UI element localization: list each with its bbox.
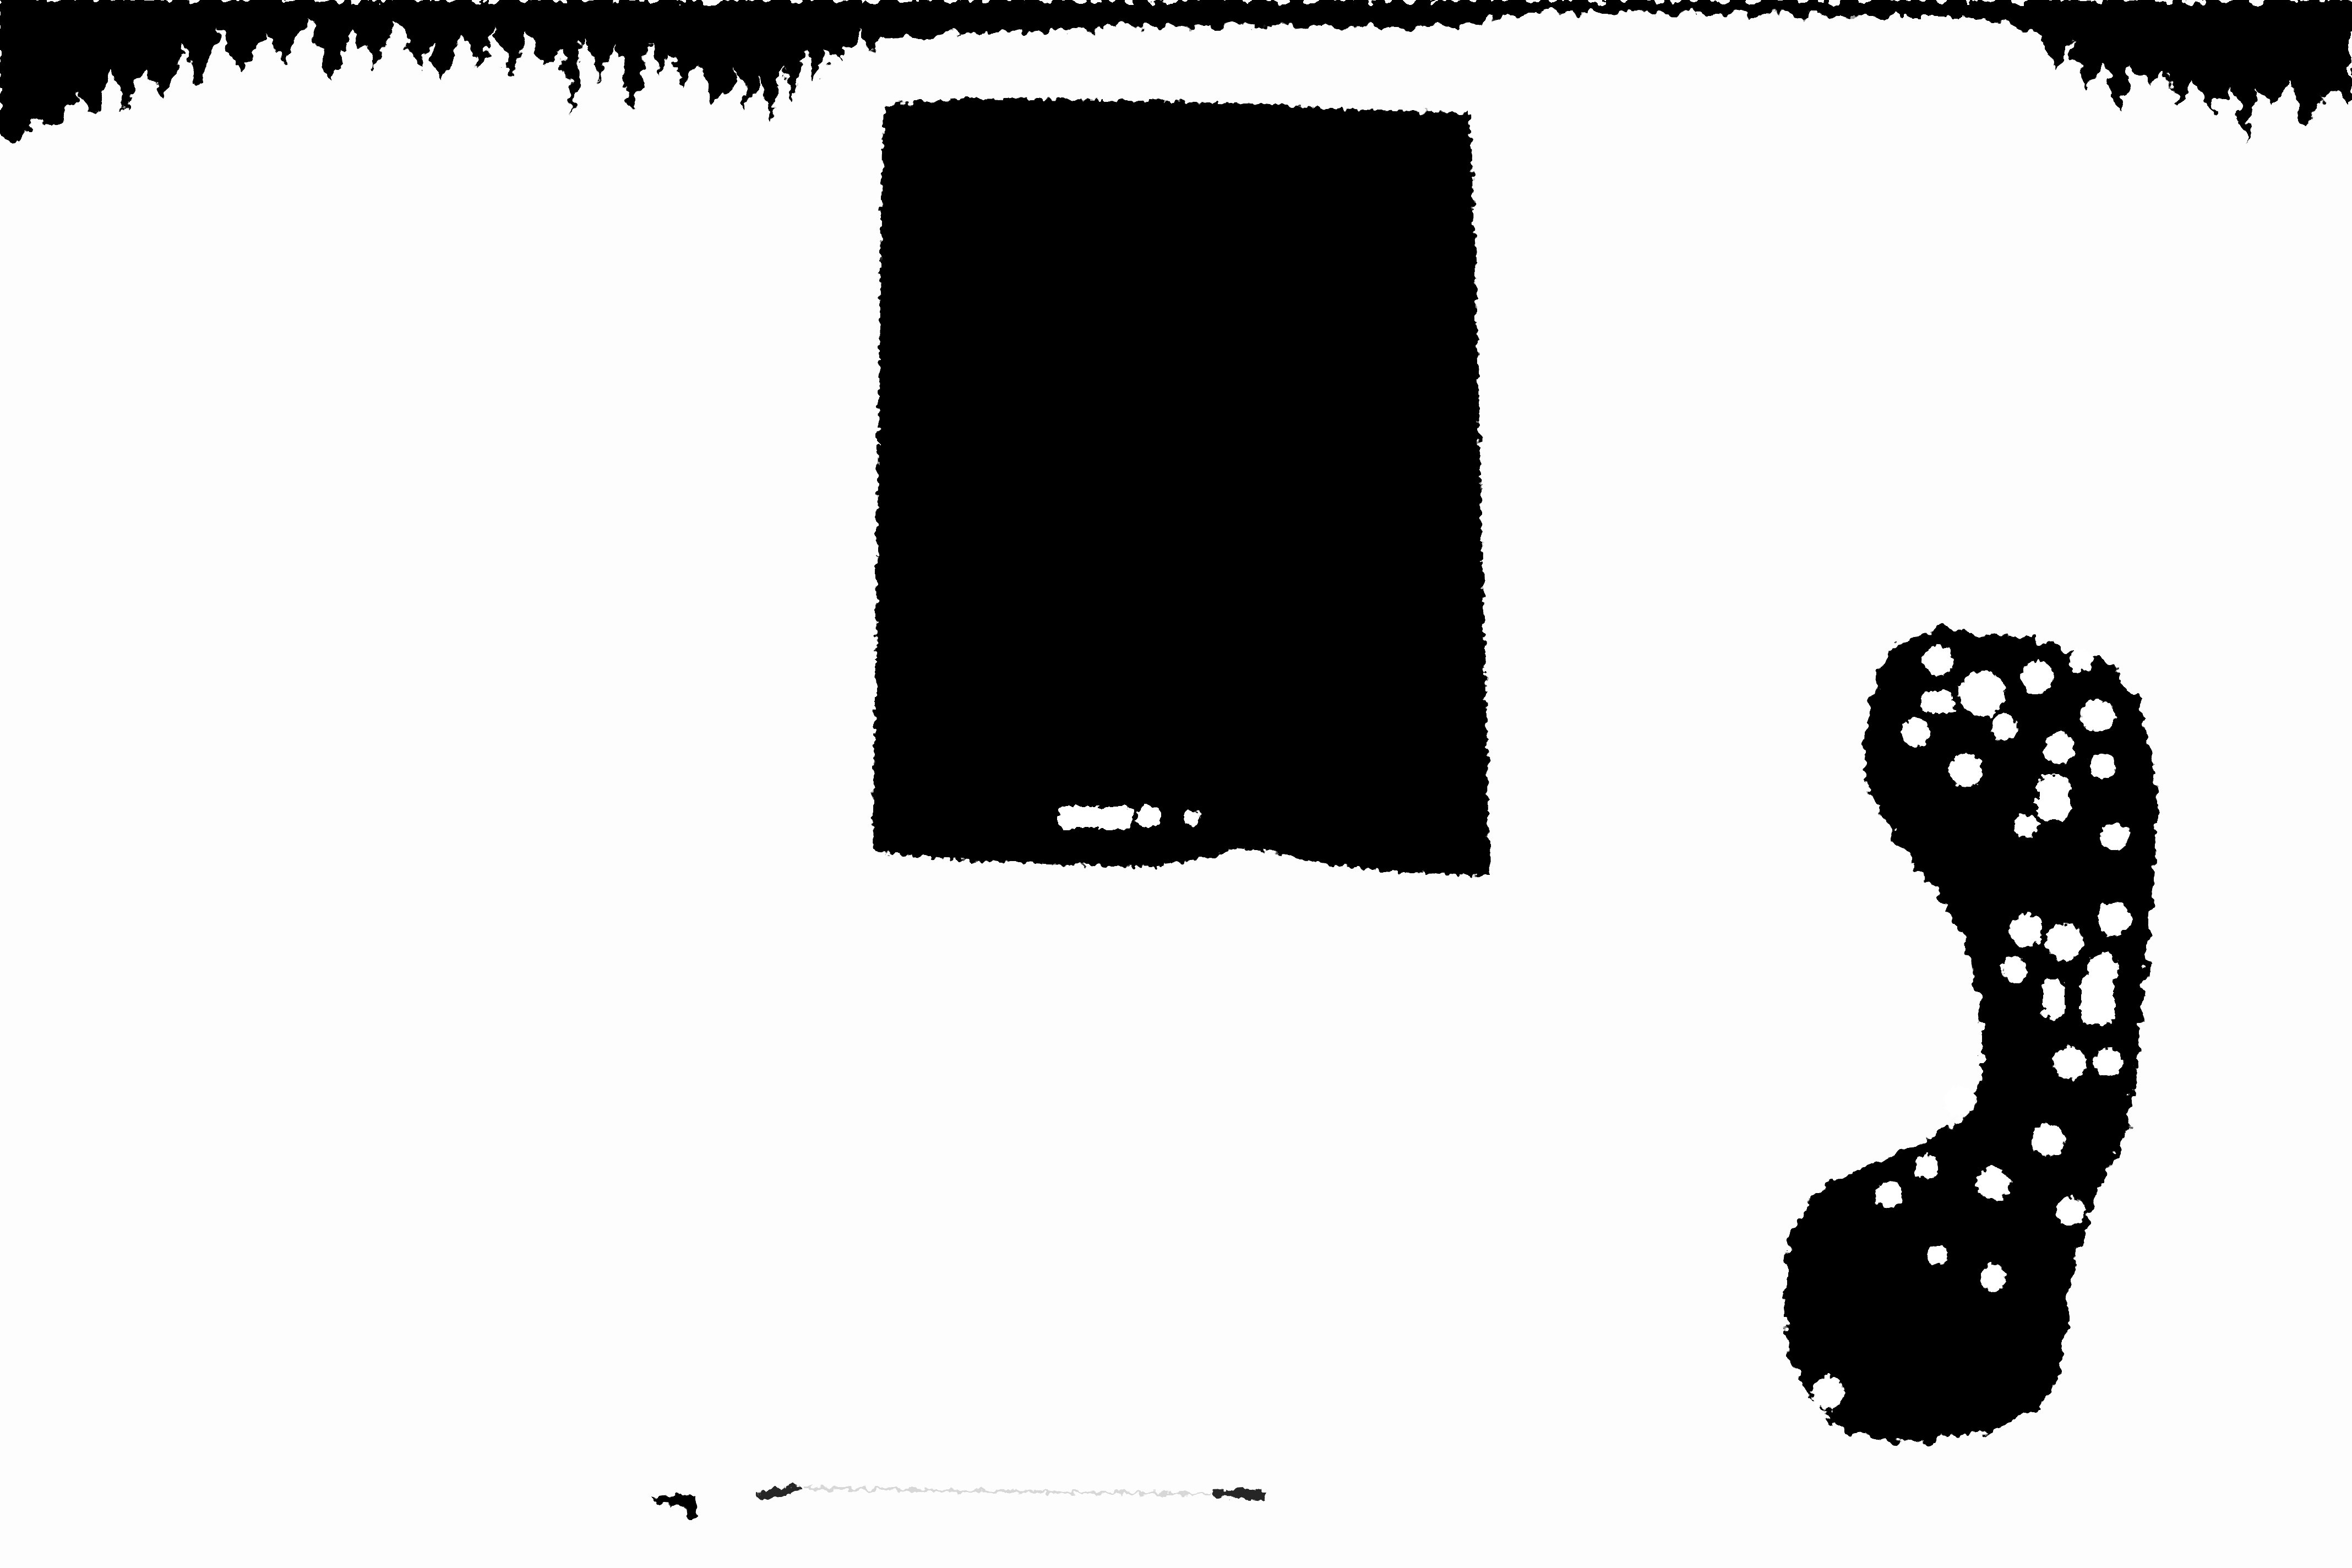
photo-scene: High-contrast thresholded black-and-whit… bbox=[0, 0, 2352, 1568]
right-shrub-silhouette bbox=[1784, 628, 2158, 1442]
scene-graphic bbox=[0, 0, 2352, 1568]
central-dark-rectangle bbox=[873, 98, 1489, 875]
bottom-streaks bbox=[652, 1484, 1266, 1520]
